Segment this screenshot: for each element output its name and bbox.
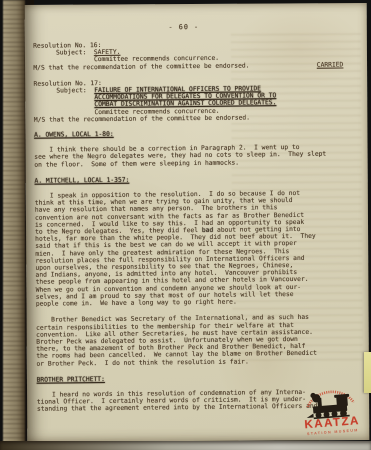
text-line: A. OWENS, LOCAL 1-80: [34, 128, 360, 139]
museum-stamp: KAATZA STATION MUSEUM [296, 382, 365, 435]
scanned-minutes-photo: - 60 - Resolution No. 16: Subject: SAFET… [0, 0, 371, 450]
text-line: BROTHER PRITCHETT: [37, 373, 363, 384]
table-surface-edge [0, 441, 371, 450]
sticky-tab [364, 352, 371, 393]
text-line: A. MITCHELL, LOCAL 1-357: [35, 174, 361, 185]
typewritten-text: Resolution No. 16: Subject: SAFETY. Comm… [33, 39, 363, 413]
document-page: - 60 - Resolution No. 16: Subject: SAFET… [25, 3, 370, 442]
page-number: - 60 - [25, 22, 343, 32]
carried-tag: CARRIED [317, 61, 344, 68]
